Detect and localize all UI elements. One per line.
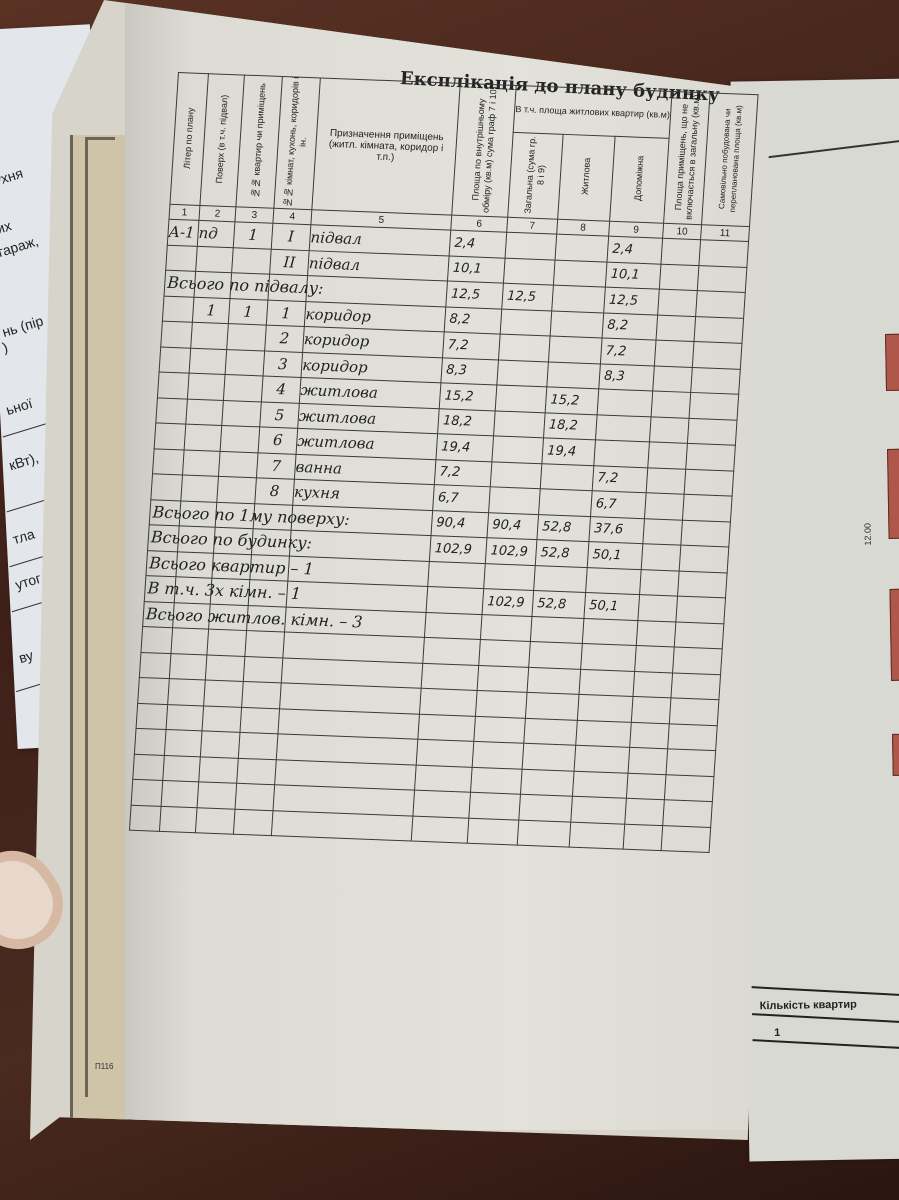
col-number: 1: [169, 204, 200, 220]
left-sheet-text: гараж,: [0, 233, 40, 260]
col-header-6: Площа по внутрішньому обміру (кв.м) сума…: [452, 83, 516, 217]
col-header-7: Загальна (сума гр. 8 і 9): [508, 132, 563, 219]
form-code: П116: [95, 1062, 114, 1071]
left-sheet-text: ухня: [0, 165, 25, 189]
left-sheet-text: ьної: [4, 395, 34, 418]
col-header-8: Житлова: [558, 134, 615, 221]
stamp-block: Кількість квартир 1: [751, 983, 899, 1053]
group-header: В т.ч. площа житлових квартир (кв.м): [513, 85, 672, 138]
frame-line: [85, 137, 115, 140]
apartments-count-value: 1: [774, 1024, 899, 1039]
left-sheet-text: ): [0, 339, 9, 356]
col-number: 10: [663, 223, 702, 239]
left-sheet-text: кВт),: [7, 449, 40, 473]
explication-table-wrap: Літер по плану Поверх (в т.ч. підвал) №№…: [129, 72, 758, 853]
left-sheet-text: ву: [17, 647, 35, 666]
left-sheet-text: тла: [11, 526, 37, 548]
apartments-count-label: Кількість квартир: [760, 997, 899, 1013]
col-header-9: Допоміжна: [610, 136, 669, 223]
col-number: 3: [235, 207, 274, 223]
wall-segment: [885, 333, 899, 391]
col-header-11: Самовільно побудована чи перепланована п…: [702, 93, 758, 227]
left-sheet-text: нь (пір: [0, 312, 45, 340]
left-sheet-text: утог: [13, 570, 43, 593]
col-number: 4: [273, 208, 312, 224]
frame-line: [85, 137, 88, 1097]
wall-segment: [892, 733, 899, 776]
explication-table: Літер по плану Поверх (в т.ч. підвал) №№…: [129, 72, 759, 853]
dimension-label: 12.00: [863, 523, 873, 546]
col-number: 2: [199, 205, 236, 221]
page-border-line: [752, 137, 899, 160]
left-sheet-text: их: [0, 217, 13, 237]
wall-segment: [887, 448, 899, 539]
wall-segment: [889, 588, 899, 681]
col-header-5: Призначення приміщень (житл. кімната, ко…: [312, 78, 460, 215]
